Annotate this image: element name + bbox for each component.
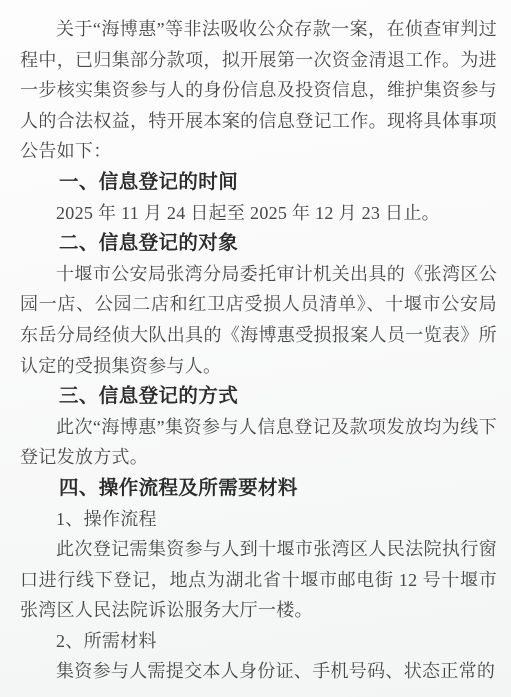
list-item: 1、操作流程 [20, 504, 497, 535]
paragraph: 此次“海博惠”集资参与人信息登记及款项发放均为线下登记发放方式。 [20, 412, 497, 473]
section-heading: 四、操作流程及所需要材料 [20, 473, 497, 504]
paragraph: 关于“海博惠”等非法吸收公众存款一案，在侦查审判过程中，已归集部分款项，拟开展第… [20, 14, 497, 167]
section-heading: 一、信息登记的时间 [20, 167, 497, 198]
list-item: 2、所需材料 [20, 626, 497, 657]
paragraph: 集资参与人需提交本人身份证、手机号码、状态正常的 [20, 656, 497, 687]
paragraph: 此次登记需集资参与人到十堰市张湾区人民法院执行窗口进行线下登记，地点为湖北省十堰… [20, 534, 497, 626]
paragraph: 2025 年 11 月 24 日起至 2025 年 12 月 23 日止。 [20, 198, 497, 229]
document-page: 关于“海博惠”等非法吸收公众存款一案，在侦查审判过程中，已归集部分款项，拟开展第… [0, 0, 511, 697]
section-heading: 二、信息登记的对象 [20, 228, 497, 259]
section-heading: 三、信息登记的方式 [20, 381, 497, 412]
paragraph: 十堰市公安局张湾分局委托审计机关出具的《张湾区公园一店、公园二店和红卫店受损人员… [20, 259, 497, 381]
